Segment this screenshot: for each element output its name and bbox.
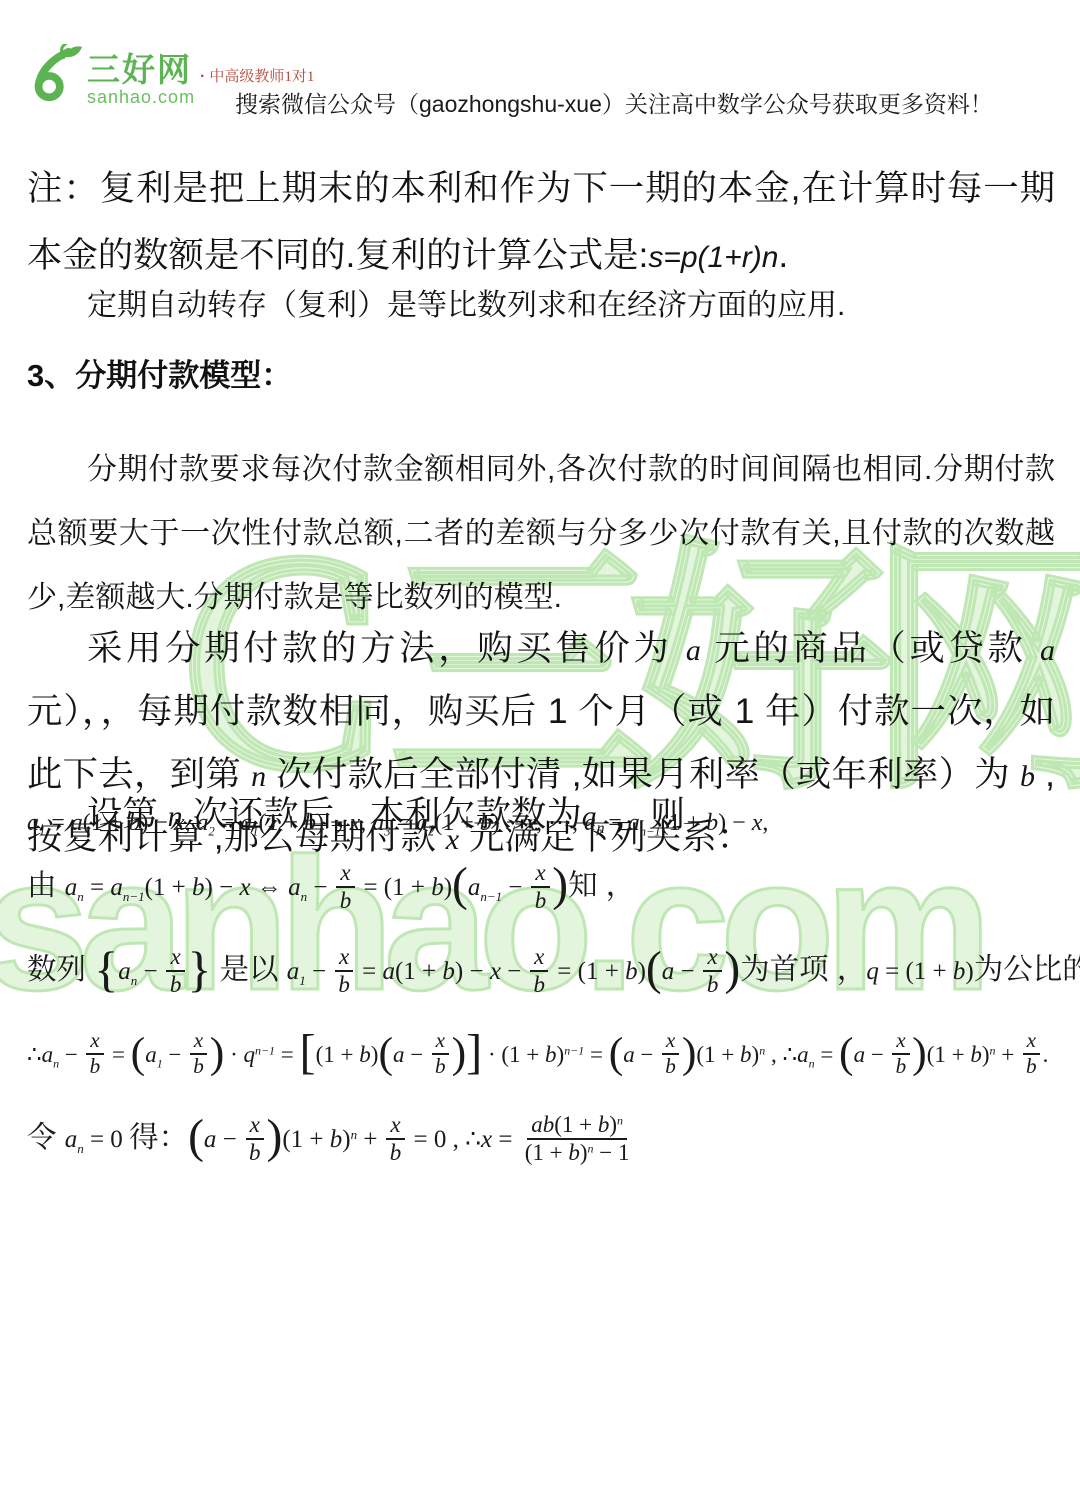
formula-equivalence: 由 an = an−1(1 + b) − x ⇔ an − xb = (1 + … <box>27 862 1055 916</box>
brand-name: 三好网 <box>87 44 192 91</box>
installment-paragraph: 分期付款要求每次付款金额相同外,各次付款的时间间隔也相同.分期付款总额要大于一次… <box>27 438 1055 630</box>
document-page: Ｃ三好网 sanhao.com 三好网 · 中高级教师1对1 sanhao.co… <box>0 0 1080 1491</box>
formula-geometric-sequence: 数列 {an − xb} 是以 a1 − xb = a(1 + b) − x −… <box>27 946 1055 1000</box>
logo-separator-dot: · <box>200 68 205 86</box>
wechat-notice: 搜索微信公众号（gaozhongshu-xue）关注高中数学公众号获取更多资料！ <box>235 86 993 119</box>
section-heading: 3、分期付款模型： <box>27 350 1055 395</box>
formula-recurrence: a1 = a(1 + b) − x, a2 = a1(1 + b) − x, a… <box>27 808 1055 840</box>
formula-general-term: ∴an − xb = (a1 − xb) · qn−1 = [(1 + b)(a… <box>27 1032 1055 1081</box>
deposit-paragraph: 定期自动转存（复利）是等比数列求和在经济方面的应用. <box>27 274 1055 338</box>
note-paragraph: 注：复利是把上期末的本利和作为下一期的本金,在计算时每一期本金的数额是不同的.复… <box>27 156 1055 290</box>
logo-tagline: 中高级教师1对1 <box>209 65 314 86</box>
formula-solution: 令 an = 0 得：(a − xb)(1 + b)n + xb = 0 , ∴… <box>27 1114 1055 1168</box>
sanhao-leaf-icon <box>25 44 83 104</box>
